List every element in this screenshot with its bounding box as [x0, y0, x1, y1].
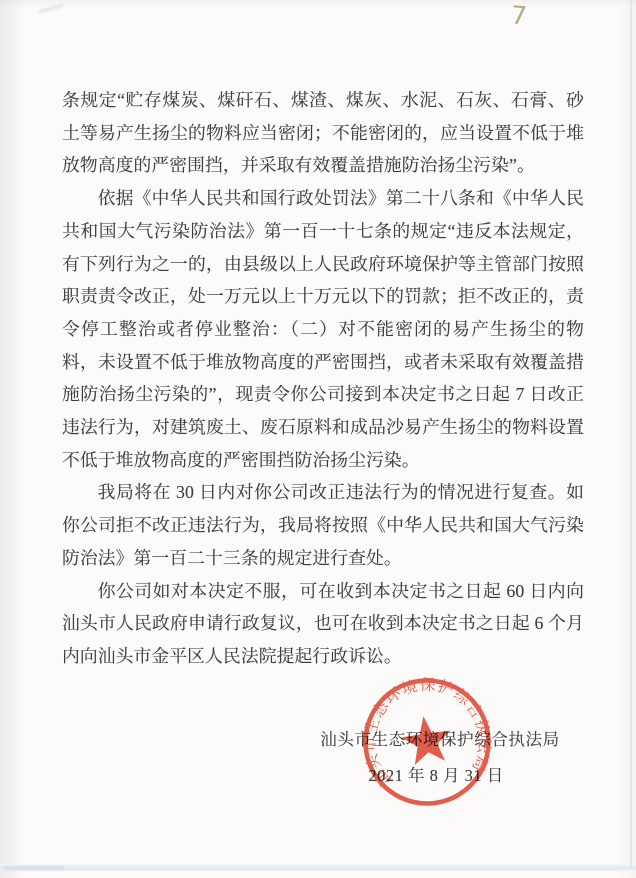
page-edge-shadow-dark	[4, 866, 64, 870]
page-edge-right	[630, 0, 632, 868]
body-paragraph: 依据《中华人民共和国行政处罚法》第二十八条和《中华人民共和国大气污染防治法》第一…	[62, 182, 584, 476]
document-body: 条规定“贮存煤炭、煤矸石、煤渣、煤灰、水泥、石灰、石膏、砂土等易产生扬尘的物料应…	[62, 84, 584, 673]
official-seal: 汕头市生态环境保护综合执法局	[357, 672, 497, 812]
scanned-document-page: 7 条规定“贮存煤炭、煤矸石、煤渣、煤灰、水泥、石灰、石膏、砂土等易产生扬尘的物…	[0, 0, 636, 878]
body-paragraph: 条规定“贮存煤炭、煤矸石、煤渣、煤灰、水泥、石灰、石膏、砂土等易产生扬尘的物料应…	[62, 84, 584, 182]
seal-star-icon	[399, 713, 455, 766]
handwritten-page-number: 7	[510, 0, 528, 30]
body-paragraph: 你公司如对本决定不服，可在收到本决定书之日起 60 日内向汕头市人民政府申请行政…	[62, 575, 584, 673]
scan-smudge	[38, 4, 64, 13]
page-edge-shadow	[0, 864, 636, 871]
body-paragraph: 我局将在 30 日内对你公司改正违法行为的情况进行复查。如你公司拒不改正违法行为…	[62, 476, 584, 574]
